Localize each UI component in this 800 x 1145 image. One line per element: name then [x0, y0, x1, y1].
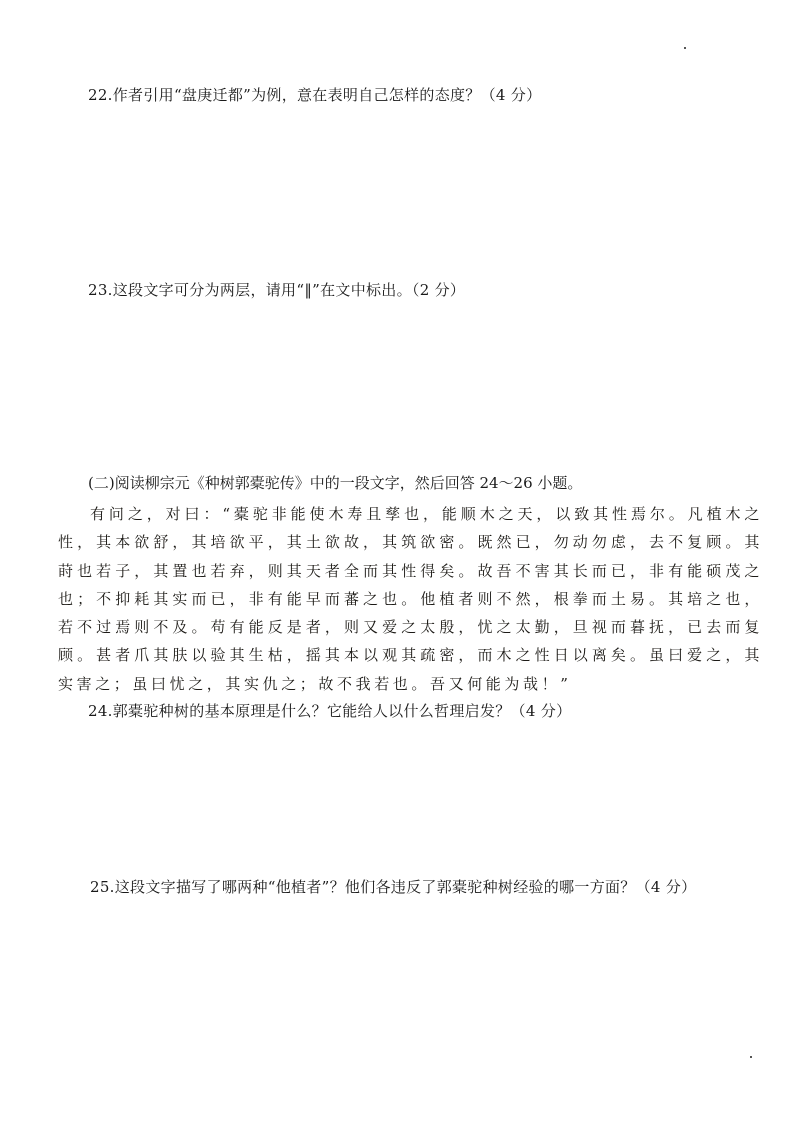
scan-speck	[684, 47, 686, 49]
classical-passage: 有问之，对曰：“橐驼非能使木寿且孳也，能顺木之天，以致其性焉尔。凡植木之性，其本…	[58, 500, 763, 698]
scan-speck	[750, 1056, 752, 1058]
question-23: 23.这段文字可分为两层，请用“‖”在文中标出。（2 分）	[88, 279, 465, 300]
question-22: 22.作者引用“盘庚迁都”为例，意在表明自己怎样的态度？（4 分）	[88, 84, 541, 105]
question-25: 25.这段文字描写了哪两种“他植者”？他们各违反了郭橐驼种树经验的哪一方面？（4…	[58, 873, 763, 901]
section-heading: (二)阅读柳宗元《种树郭橐驼传》中的一段文字，然后回答 24～26 小题。	[88, 472, 582, 493]
question-24: 24.郭橐驼种树的基本原理是什么？它能给人以什么哲理启发？（4 分）	[88, 700, 571, 721]
